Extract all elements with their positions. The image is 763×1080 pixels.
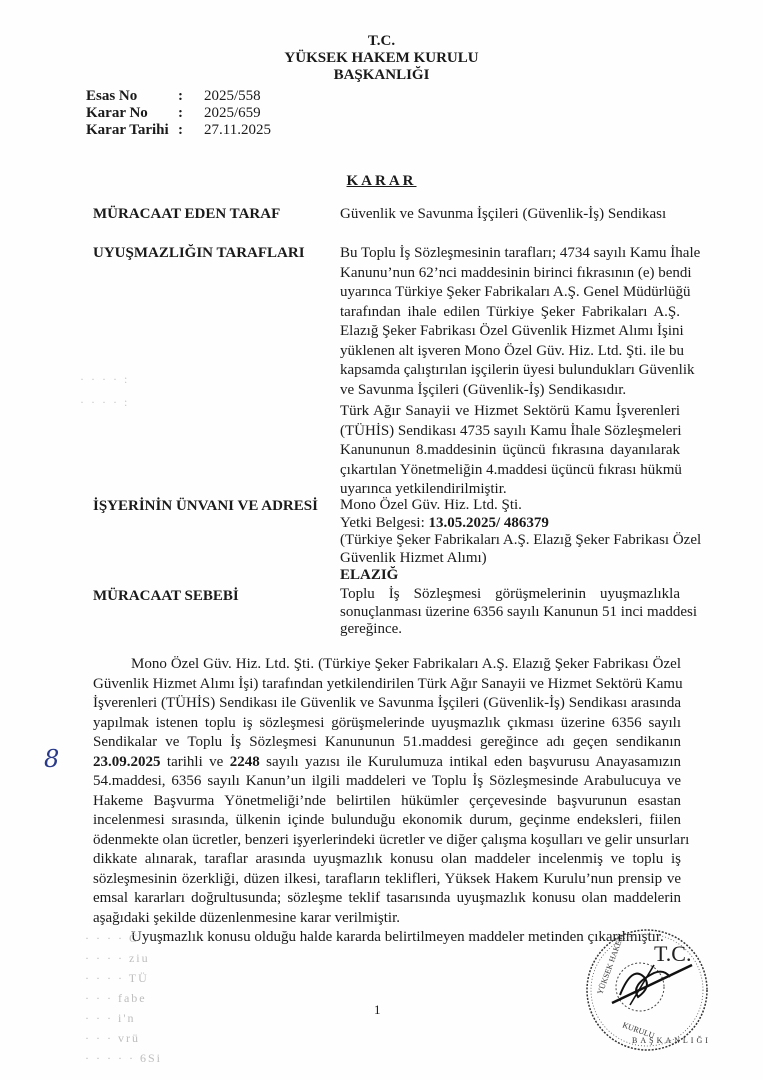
body-line: yapılmak istenen toplu iş sözleşmesi gör… xyxy=(93,714,681,734)
body-line: Sendikalar ve Toplu İş Sözleşmesi Kanunu… xyxy=(93,733,681,753)
reason-line: sonuçlanması üzerine 6356 sayılı Kanunun… xyxy=(340,604,680,622)
parties-line: Türk Ağır Sanayii ve Hizmet Sektörü Kamu… xyxy=(340,402,680,422)
document-page: T.C. YÜKSEK HAKEM KURULU BAŞKANLIĞI Esas… xyxy=(0,0,763,1080)
bleed-through-marks: · · · · : xyxy=(80,395,129,410)
esas-label: Esas No xyxy=(86,88,178,105)
parties-line: uyarınca Türkiye Şeker Fabrikaları A.Ş. … xyxy=(340,283,680,303)
workplace-desc-2: Güvenlik Hizmet Alımı) xyxy=(340,550,680,568)
parties-line: yüklenen alt işveren Mono Özel Güv. Hiz.… xyxy=(340,342,680,362)
authorization-prefix: Yetki Belgesi: xyxy=(340,515,428,531)
tarih-label: Karar Tarihi xyxy=(86,122,178,139)
body-line: Hakeme Başvurma Yönetmeliği’nde belirtil… xyxy=(93,792,681,812)
stamp-tc-text: T.C. xyxy=(654,941,691,966)
applicant-value: Güvenlik ve Savunma İşçileri (Güvenlik-İ… xyxy=(340,206,680,223)
karar-value: 2025/659 xyxy=(204,105,261,122)
colon: : xyxy=(178,122,204,139)
esas-value: 2025/558 xyxy=(204,88,261,105)
tarih-row: Karar Tarihi : 27.11.2025 xyxy=(86,122,271,139)
workplace-desc-1: (Türkiye Şeker Fabrikaları A.Ş. Elazığ Ş… xyxy=(340,532,680,550)
bleed-through-marks: · · · · Ĉ· · · · ziu· · · · TÜ· · · fabe… xyxy=(85,928,162,1068)
parties-line: Kanunu’nun 62’nci maddesinin birinci fık… xyxy=(340,264,680,284)
document-title: KARAR xyxy=(0,173,763,190)
header-presidency: BAŞKANLIĞI xyxy=(0,67,763,84)
tarih-value: 27.11.2025 xyxy=(204,122,271,139)
karar-row: Karar No : 2025/659 xyxy=(86,105,271,122)
parties-line: çıkartılan Yönetmeliğin 4.maddesi üçüncü… xyxy=(340,461,680,481)
applicant-name: Güvenlik ve Savunma İşçileri (Güvenlik-İ… xyxy=(340,206,666,222)
parties-line: Elazığ Şeker Fabrikası Özel Güvenlik Hiz… xyxy=(340,322,680,342)
colon: : xyxy=(178,105,204,122)
parties-line: Bu Toplu İş Sözleşmesinin tarafları; 473… xyxy=(340,244,680,264)
document-header: T.C. YÜKSEK HAKEM KURULU BAŞKANLIĞI xyxy=(0,33,763,84)
header-institution: YÜKSEK HAKEM KURULU xyxy=(0,50,763,67)
parties-line: (TÜHİS) Sendikası 4735 sayılı Kamu İhale… xyxy=(340,422,680,442)
karar-label: Karar No xyxy=(86,105,178,122)
colon: : xyxy=(178,88,204,105)
body-line: sözleşmesinin özerkliği, düzen ilkesi, t… xyxy=(93,870,681,890)
workplace-info: Mono Özel Güv. Hiz. Ltd. Şti. Yetki Belg… xyxy=(340,497,680,585)
application-date: 23.09.2025 xyxy=(93,754,161,770)
header-tc: T.C. xyxy=(0,33,763,50)
parties-line: Kanununun 8.maddesinin üçüncü fıkrasına … xyxy=(340,441,680,461)
workplace-city: ELAZIĞ xyxy=(340,567,680,585)
applicant-label: MÜRACAAT EDEN TARAF xyxy=(93,206,280,223)
body-line: Mono Özel Güv. Hiz. Ltd. Şti. (Türkiye Ş… xyxy=(93,655,681,675)
reason-line: gereğince. xyxy=(340,621,680,639)
workplace-label: İŞYERİNİN ÜNVANI VE ADRESİ xyxy=(93,498,318,515)
body-line: İşverenleri (TÜHİS) Sendikası ile Güvenl… xyxy=(93,694,681,714)
reason-text: Toplu İş Sözleşmesi görüşmelerinin uyuşm… xyxy=(340,586,680,639)
case-metadata: Esas No : 2025/558 Karar No : 2025/659 K… xyxy=(86,88,271,139)
bleed-through-marks: · · · · : xyxy=(80,372,129,387)
parties-label: UYUŞMAZLIĞIN TARAFLARI xyxy=(93,245,305,262)
decision-body: Mono Özel Güv. Hiz. Ltd. Şti. (Türkiye Ş… xyxy=(93,655,681,948)
body-line: 23.09.2025 tarihli ve 2248 sayılı yazısı… xyxy=(93,753,681,773)
authorization-value: 13.05.2025/ 486379 xyxy=(428,515,548,531)
page-number: 1 xyxy=(374,1002,381,1018)
body-line: emsal kararları doğrultusunda; sözleşme … xyxy=(93,889,681,909)
seal-icon: T.C. YÜKSEK HAKEM KURULU BAŞKANLIĞI xyxy=(582,925,712,1055)
reason-line: Toplu İş Sözleşmesi görüşmelerinin uyuşm… xyxy=(340,586,680,604)
svg-text:BAŞKANLIĞI: BAŞKANLIĞI xyxy=(632,1035,711,1045)
body-line: 54.maddesi, 6356 sayılı Kanun’un ilgili … xyxy=(93,772,681,792)
body-text-fragment: sayılı yazısı ile Kurulumuza intikal ede… xyxy=(260,754,681,770)
body-line: incelenmesi sırasında, ülkenin içinde bu… xyxy=(93,811,681,831)
body-line: dikkate alınarak, taraflar arasında uyuş… xyxy=(93,850,681,870)
workplace-name: Mono Özel Güv. Hiz. Ltd. Şti. xyxy=(340,497,680,515)
official-stamp: T.C. YÜKSEK HAKEM KURULU BAŞKANLIĞI xyxy=(582,925,712,1055)
handwritten-margin-mark: 8 xyxy=(44,745,59,773)
application-number: 2248 xyxy=(230,754,260,770)
parties-line: kapsamda çalıştırılan işçilerin üyesi bu… xyxy=(340,361,680,381)
parties-paragraph-2: Türk Ağır Sanayii ve Hizmet Sektörü Kamu… xyxy=(340,402,680,500)
parties-line: ve Savunma İşçileri (Güvenlik-İş) Sendik… xyxy=(340,381,680,401)
reason-label: MÜRACAAT SEBEBİ xyxy=(93,588,239,605)
esas-row: Esas No : 2025/558 xyxy=(86,88,271,105)
body-text-fragment: tarihli ve xyxy=(161,754,230,770)
body-line: ödenmekte olan ücretler, benzeri işyerle… xyxy=(93,831,681,851)
authorization-line: Yetki Belgesi: 13.05.2025/ 486379 xyxy=(340,515,680,533)
body-line: Güvenlik Hizmet Alımı İşi) tarafından ye… xyxy=(93,675,681,695)
parties-line: tarafından ihale edilen Türkiye Şeker Fa… xyxy=(340,303,680,323)
parties-paragraph-1: Bu Toplu İş Sözleşmesinin tarafları; 473… xyxy=(340,244,680,400)
